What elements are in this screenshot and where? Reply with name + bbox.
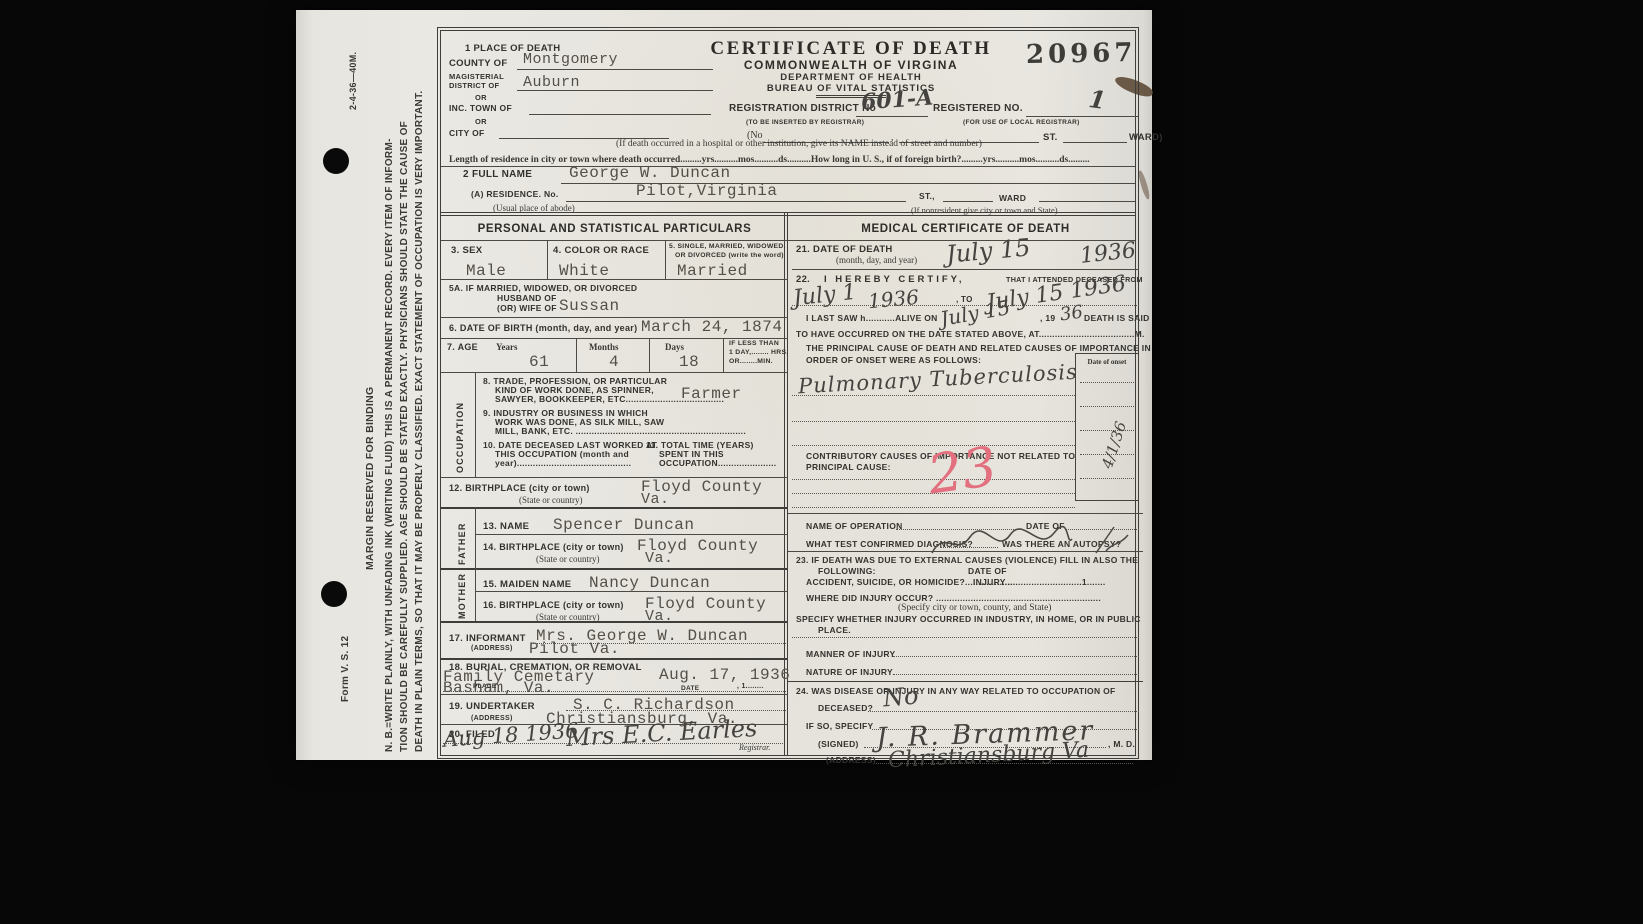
- age-days-value: 18: [679, 353, 699, 371]
- race-value: White: [559, 262, 610, 280]
- informant-label: 17. INFORMANT: [449, 633, 526, 644]
- date-of-death-year: 1936: [1079, 238, 1137, 269]
- where-injury-label: WHERE DID INJURY OCCUR? ................…: [806, 593, 1101, 603]
- field-city-label: CITY OF: [449, 128, 484, 138]
- nature-of-injury-label: NATURE OF INJURY: [806, 667, 893, 677]
- principal-cause-value: Pulmonary Tuberculosis: [798, 360, 1079, 399]
- field-magisterial-label2: DISTRICT OF: [449, 81, 499, 90]
- date-of-death-sublabel: (month, day, and year): [836, 255, 917, 265]
- residence-value: Pilot,Virginia: [636, 182, 777, 200]
- or-label-1: OR: [475, 93, 487, 102]
- mother-side-label: MOTHER: [457, 569, 467, 619]
- attended-from-year: 1936: [867, 285, 920, 313]
- date-of-onset-label: Date of onset: [1076, 358, 1138, 366]
- marital-label-2: OR DIVORCED (write the word): [675, 252, 784, 259]
- birthplace-state-label: (State or country): [519, 495, 582, 505]
- screenshot-background: 2-4-36—40M. N. B.=WRITE PLAINLY, WITH UN…: [0, 0, 1643, 924]
- last-saw-year-hw: 36: [1059, 302, 1085, 326]
- wife-of-label: (OR) WIFE OF: [497, 303, 557, 313]
- occupation-side-label: OCCUPATION: [455, 373, 465, 473]
- mother-name-value: Nancy Duncan: [589, 574, 710, 592]
- punch-hole-bottom: [321, 581, 347, 607]
- father-name-value: Spencer Duncan: [553, 516, 694, 534]
- if-so-specify-label: IF SO, SPECIFY: [806, 721, 874, 731]
- spouse-value: Sussan: [559, 297, 620, 315]
- occupation-related-label-2: DECEASED?: [818, 703, 873, 713]
- occurred-label: TO HAVE OCCURRED ON THE DATE STATED ABOV…: [796, 329, 1145, 339]
- external-causes-label-2: FOLLOWING:: [818, 566, 876, 576]
- specify-label-2: PLACE.: [818, 625, 851, 635]
- field-inc-town-label: INC. TOWN OF: [449, 103, 512, 113]
- margin-form-number: Form V. S. 12: [340, 626, 351, 702]
- father-state-label: (State or country): [536, 554, 599, 564]
- date-of-onset-box: Date of onset 4/1/36: [1075, 353, 1139, 501]
- margin-print-code: 2-4-36—40M.: [348, 52, 358, 110]
- death-certificate-document: 2-4-36—40M. N. B.=WRITE PLAINLY, WITH UN…: [296, 10, 1152, 760]
- marital-value: Married: [677, 262, 748, 280]
- undertaker-address-label: (ADDRESS): [471, 715, 513, 722]
- or-label-2: OR: [475, 117, 487, 126]
- medical-column: MEDICAL CERTIFICATE OF DEATH 21. DATE OF…: [788, 31, 1143, 755]
- age-days-label: Days: [665, 342, 684, 352]
- medical-section-title: MEDICAL CERTIFICATE OF DEATH: [788, 223, 1143, 235]
- manner-of-injury-label: MANNER OF INJURY: [806, 649, 896, 659]
- occupation-related-label-1: 24. WAS DISEASE OR INJURY IN ANY WAY REL…: [796, 686, 1115, 696]
- total-time-label-3: OCCUPATION......................: [659, 458, 776, 468]
- principal-cause-label-2: ORDER OF ONSET WERE AS FOLLOWS:: [806, 355, 981, 365]
- burial-date-value: Aug. 17, 1936: [659, 666, 790, 684]
- if-less-label-1: IF LESS THAN: [729, 340, 779, 347]
- occupation-related-value: No: [882, 682, 920, 713]
- burial-date-suffix: , 1........: [737, 683, 764, 690]
- contributory-label-2: PRINCIPAL CAUSE:: [806, 462, 891, 472]
- age-years-value: 61: [529, 353, 549, 371]
- physician-address-label: (ADDRESS): [826, 755, 876, 765]
- race-label: 4. COLOR OR RACE: [553, 245, 649, 256]
- field-county-value: Montgomery: [523, 51, 618, 68]
- age-months-label: Months: [589, 342, 619, 352]
- dob-label: 6. DATE OF BIRTH (month, day, and year): [449, 323, 637, 333]
- margin-note-line2: TION SHOULD BE CAREFULLY SUPPLIED. AGE S…: [399, 34, 410, 752]
- red-pencil-annotation: 23: [924, 435, 1001, 507]
- fullname-label: 2 FULL NAME: [463, 169, 532, 180]
- spouse-label: 5A. IF MARRIED, WIDOWED, OR DIVORCED: [449, 283, 637, 293]
- md-label: , M. D.: [1108, 739, 1135, 749]
- margin-binding-note: MARGIN RESERVED FOR BINDING: [364, 374, 376, 570]
- last-saw-printed-year: , 19: [1040, 313, 1055, 323]
- mother-birthplace-label: 16. BIRTHPLACE (city or town): [483, 600, 624, 610]
- field-district-value: Auburn: [523, 74, 580, 91]
- certificate-form: 1 PLACE OF DEATH COUNTY OF Montgomery MA…: [437, 27, 1139, 759]
- field-magisterial-label1: MAGISTERIAL: [449, 72, 504, 81]
- marital-label-1: 5. SINGLE, MARRIED, WIDOWED,: [669, 243, 786, 250]
- birthplace-label: 12. BIRTHPLACE (city or town): [449, 483, 590, 493]
- if-less-label-2: 1 DAY,........ HRS.: [729, 349, 788, 356]
- operation-label: NAME OF OPERATION: [806, 521, 903, 531]
- sex-label: 3. SEX: [451, 245, 482, 256]
- age-months-value: 4: [609, 353, 619, 371]
- external-causes-label-1: 23. IF DEATH WAS DUE TO EXTERNAL CAUSES …: [796, 555, 1138, 565]
- last-saw-value: July 15: [938, 295, 1012, 331]
- age-label: 7. AGE: [447, 342, 478, 352]
- signed-label: (SIGNED): [818, 739, 859, 749]
- dob-value: March 24, 1874: [641, 318, 782, 336]
- industry-label-3: MILL, BANK, ETC. .......................…: [495, 426, 746, 436]
- field-county-label: COUNTY OF: [449, 58, 507, 69]
- informant-address-value: Pilot Va.: [529, 640, 620, 658]
- punch-hole-top: [323, 148, 349, 174]
- if-less-label-3: OR........MIN.: [729, 358, 773, 365]
- specify-label-1: SPECIFY WHETHER INJURY OCCURRED IN INDUS…: [796, 614, 1141, 624]
- father-name-label: 13. NAME: [483, 521, 529, 532]
- sex-value: Male: [466, 262, 506, 280]
- trade-value: Farmer: [681, 385, 742, 403]
- margin-note-line1: N. B.=WRITE PLAINLY, WITH UNFADING INK (…: [384, 34, 395, 752]
- father-side-label: FATHER: [457, 513, 467, 565]
- father-birthplace-label: 14. BIRTHPLACE (city or town): [483, 542, 624, 552]
- death-is-said-label: DEATH IS SAID: [1084, 313, 1150, 323]
- informant-address-label: (ADDRESS): [471, 645, 513, 652]
- birthplace-state-value: Va.: [641, 491, 670, 508]
- date-of-onset-value: 4/1/36: [1098, 419, 1130, 470]
- last-saw-label: I LAST SAW h...........ALIVE ON: [806, 313, 938, 323]
- last-worked-label-3: year)...................................…: [495, 458, 631, 468]
- registrar-label: Registrar.: [739, 743, 770, 752]
- husband-of-label: HUSBAND OF: [497, 293, 557, 303]
- burial-place-label: PLACE: [473, 683, 497, 690]
- attended-from-value: July 1: [792, 280, 858, 311]
- undertaker-label: 19. UNDERTAKER: [449, 701, 535, 712]
- principal-cause-label-1: THE PRINCIPAL CAUSE OF DEATH AND RELATED…: [806, 343, 1151, 353]
- age-years-label: Years: [496, 342, 518, 352]
- date-of-death-value: July 15: [945, 233, 1032, 268]
- date-of-death-label: 21. DATE OF DEATH: [796, 244, 893, 255]
- where-injury-note: (Specify city or town, county, and State…: [898, 603, 1051, 613]
- fullname-value: George W. Duncan: [569, 164, 731, 182]
- personal-section-title: PERSONAL AND STATISTICAL PARTICULARS: [441, 223, 788, 235]
- father-state-value: Va.: [645, 550, 674, 567]
- residence-label: (A) RESIDENCE. No.: [471, 189, 559, 199]
- mother-name-label: 15. MAIDEN NAME: [483, 579, 571, 590]
- certify-no: 22.: [796, 274, 810, 285]
- injury-date-label: INJURY.............................1....…: [973, 577, 1106, 587]
- external-date-of-label: DATE OF: [968, 566, 1007, 576]
- margin-note-line3: DEATH IN PLAIN TERMS, SO THAT IT MAY BE …: [414, 34, 425, 752]
